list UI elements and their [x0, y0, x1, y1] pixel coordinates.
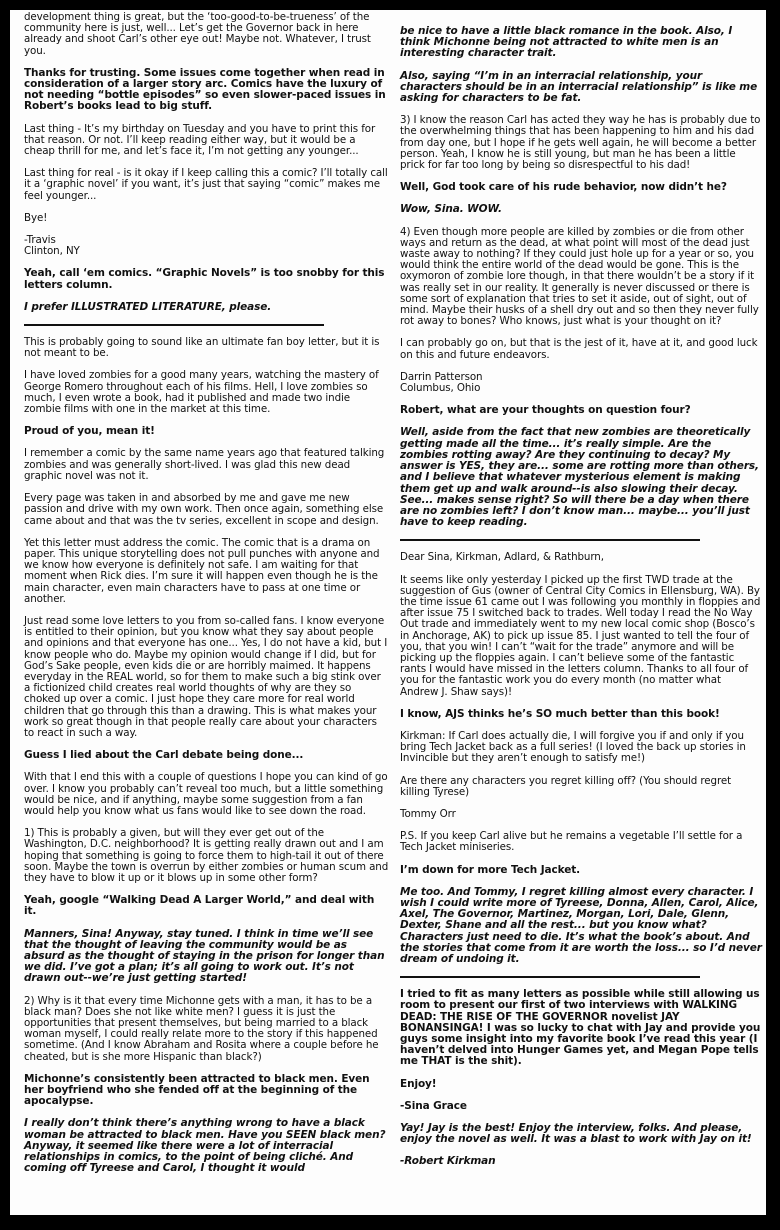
letter-text: I can probably go on, but that is the je…: [400, 338, 762, 360]
kirkman-reply: Me too. And Tommy, I regret killing almo…: [400, 887, 762, 965]
editor-reply: I know, AJS thinks he’s SO much better t…: [400, 709, 762, 720]
editor-reply: Proud of you, mean it!: [24, 426, 389, 437]
kirkman-reply: I really don’t think there’s anything wr…: [24, 1118, 389, 1174]
signature-location: Clinton, NY: [24, 246, 389, 257]
editor-reply: Guess I lied about the Carl debate being…: [24, 750, 389, 761]
editor-closing-note: I tried to fit as many letters as possib…: [400, 989, 762, 1067]
letter-text: 1) This is probably a given, but will th…: [24, 828, 389, 884]
divider-rule: [24, 324, 324, 326]
kirkman-reply: be nice to have a little black romance i…: [400, 26, 762, 60]
signature-location: Columbus, Ohio: [400, 383, 762, 394]
divider-rule: [400, 976, 700, 978]
signature: -Travis Clinton, NY: [24, 235, 389, 257]
kirkman-reply: Well, aside from the fact that new zombi…: [400, 427, 762, 528]
kirkman-reply: Also, saying “I’m in an interracial rela…: [400, 71, 762, 105]
letter-text: Every page was taken in and absorbed by …: [24, 493, 389, 527]
editor-reply: I’m down for more Tech Jacket.: [400, 865, 762, 876]
editor-reply: Michonne’s consistently been attracted t…: [24, 1074, 389, 1108]
signature: Darrin Patterson Columbus, Ohio: [400, 372, 762, 394]
letters-page: development thing is great, but the ‘too…: [10, 10, 766, 1215]
editor-signature: -Sina Grace: [400, 1101, 762, 1112]
divider-rule: [400, 539, 700, 541]
signature-name: Tommy Orr: [400, 809, 762, 820]
kirkman-closing: Yay! Jay is the best! Enjoy the intervie…: [400, 1123, 762, 1145]
letter-text: This is probably going to sound like an …: [24, 337, 389, 359]
letter-salutation: Dear Sina, Kirkman, Adlard, & Rathburn,: [400, 552, 762, 563]
kirkman-reply: Manners, Sina! Anyway, stay tuned. I thi…: [24, 929, 389, 985]
letter-text: Just read some love letters to you from …: [24, 616, 389, 739]
editor-reply: Yeah, google “Walking Dead A Larger Worl…: [24, 895, 389, 917]
letter-text: 3) I know the reason Carl has acted they…: [400, 115, 762, 171]
editor-reply: Well, God took care of his rude behavior…: [400, 182, 762, 193]
editor-reply: Thanks for trusting. Some issues come to…: [24, 68, 389, 113]
letter-text: 2) Why is it that every time Michonne ge…: [24, 996, 389, 1063]
letter-text: P.S. If you keep Carl alive but he remai…: [400, 831, 762, 853]
letter-text: Last thing for real - is it okay if I ke…: [24, 168, 389, 202]
kirkman-reply: Wow, Sina. WOW.: [400, 204, 762, 215]
letter-text: Yet this letter must address the comic. …: [24, 538, 389, 605]
letter-text: It seems like only yesterday I picked up…: [400, 575, 762, 698]
letter-text: 4) Even though more people are killed by…: [400, 227, 762, 328]
letter-text: Are there any characters you regret kill…: [400, 776, 762, 798]
editor-reply: Robert, what are your thoughts on questi…: [400, 405, 762, 416]
letter-text: Bye!: [24, 213, 389, 224]
kirkman-signature: -Robert Kirkman: [400, 1156, 762, 1167]
letter-text: I remember a comic by the same name year…: [24, 448, 389, 482]
letter-text: Kirkman: If Carl does actually die, I wi…: [400, 731, 762, 765]
kirkman-reply: I prefer ILLUSTRATED LITERATURE, please.: [24, 302, 389, 313]
letter-text: I have loved zombies for a good many yea…: [24, 370, 389, 415]
left-column: development thing is great, but the ‘too…: [24, 12, 389, 1185]
editor-reply: Yeah, call ‘em comics. “Graphic Novels” …: [24, 268, 389, 290]
letter-text: Last thing - It’s my birthday on Tuesday…: [24, 124, 389, 158]
letter-text: development thing is great, but the ‘too…: [24, 12, 389, 57]
right-column: be nice to have a little black romance i…: [400, 26, 762, 1179]
editor-closing: Enjoy!: [400, 1079, 762, 1090]
letter-text: With that I end this with a couple of qu…: [24, 772, 389, 817]
